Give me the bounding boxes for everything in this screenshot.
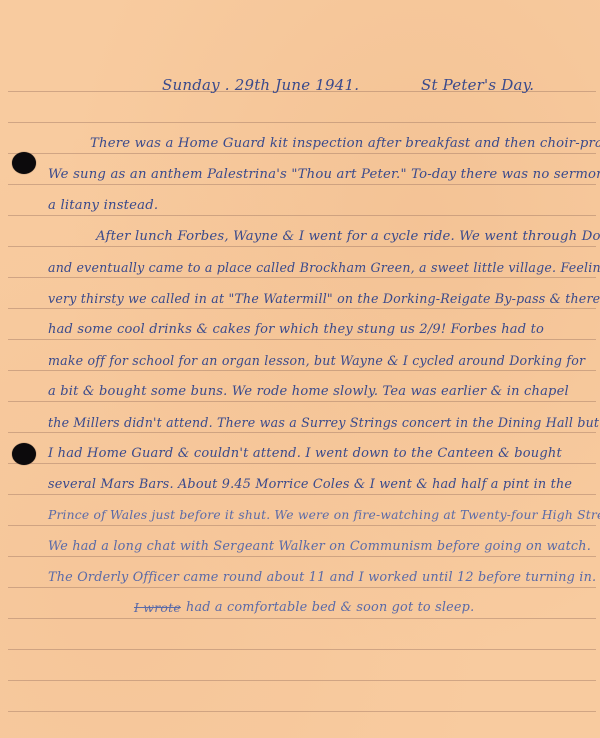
struck-word: I wrote	[134, 600, 181, 615]
rule-line	[8, 556, 596, 557]
rule-line	[8, 184, 596, 185]
text-line: had a comfortable bed & soon got to slee…	[186, 600, 474, 615]
rule-line	[8, 649, 596, 650]
text-line: The Orderly Officer came round about 11 …	[48, 570, 596, 585]
rule-line	[8, 246, 596, 247]
punch-hole	[12, 443, 36, 465]
text-line: and eventually came to a place called Br…	[48, 260, 600, 275]
punch-hole	[12, 152, 36, 174]
text-line: I had Home Guard & couldn't attend. I we…	[48, 446, 562, 461]
rule-line	[8, 215, 596, 216]
rule-line	[8, 277, 596, 278]
text-line: a litany instead.	[48, 198, 158, 213]
rule-line	[8, 463, 596, 464]
rule-line	[8, 494, 596, 495]
rule-line	[8, 525, 596, 526]
rule-line	[8, 339, 596, 340]
text-line: the Millers didn't attend. There was a S…	[48, 415, 599, 430]
entry-feast-day: St Peter's Day.	[421, 76, 534, 94]
text-line: make off for school for an organ lesson,…	[48, 353, 585, 368]
rule-line	[8, 401, 596, 402]
rule-line	[8, 680, 596, 681]
diary-page: Sunday . 29th June 1941. St Peter's Day.…	[0, 0, 600, 738]
rule-line	[8, 122, 596, 123]
rule-line	[8, 432, 596, 433]
rule-line	[8, 711, 596, 712]
rule-line	[8, 587, 596, 588]
text-line: We had a long chat with Sergeant Walker …	[48, 539, 591, 554]
text-line: a bit & bought some buns. We rode home s…	[48, 384, 569, 399]
text-line: several Mars Bars. About 9.45 Morrice Co…	[48, 477, 572, 492]
ruled-lines	[0, 0, 600, 738]
entry-date: Sunday . 29th June 1941.	[162, 76, 359, 94]
rule-line	[8, 370, 596, 371]
text-line: After lunch Forbes, Wayne & I went for a…	[96, 229, 600, 244]
rule-line	[8, 153, 596, 154]
text-line: There was a Home Guard kit inspection af…	[90, 136, 600, 151]
rule-line	[8, 308, 596, 309]
text-line: had some cool drinks & cakes for which t…	[48, 322, 544, 337]
text-line: very thirsty we called in at "The Waterm…	[48, 291, 600, 306]
text-line: We sung as an anthem Palestrina's "Thou …	[48, 167, 600, 182]
rule-line	[8, 618, 596, 619]
text-line: Prince of Wales just before it shut. We …	[48, 508, 600, 522]
